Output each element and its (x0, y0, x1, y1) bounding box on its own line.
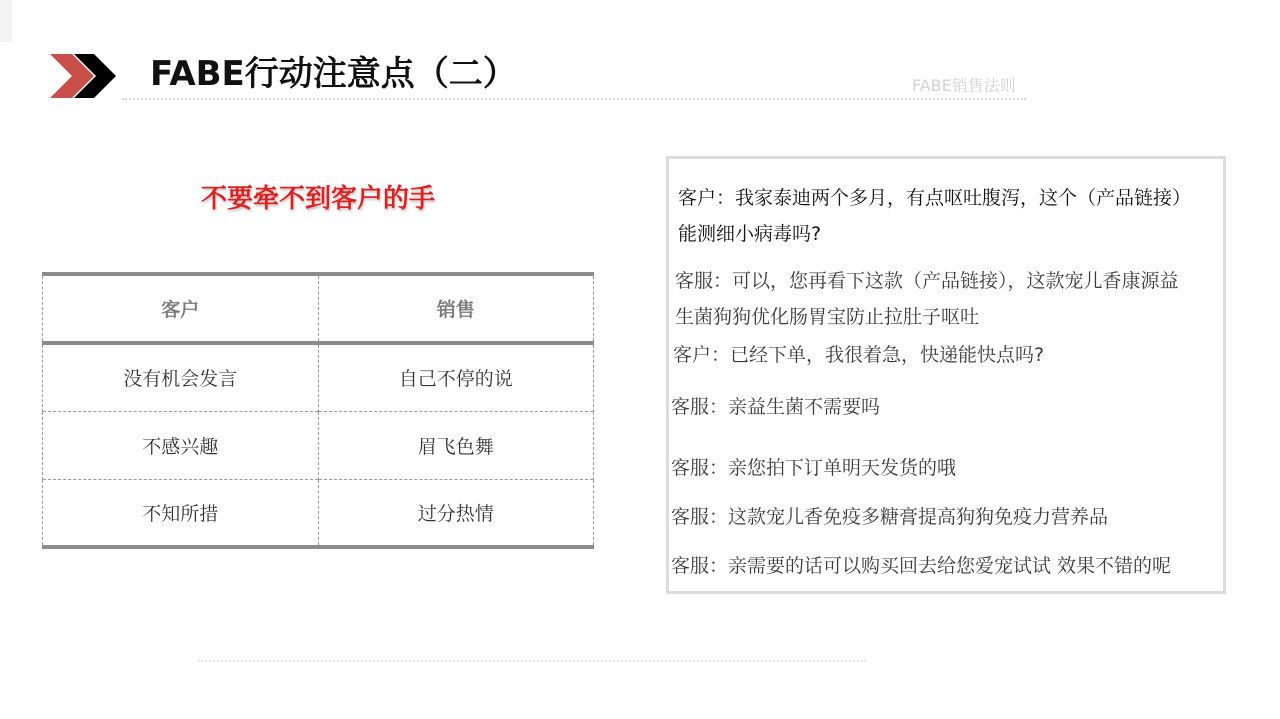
section-label: FABE销售法则 (912, 73, 1016, 96)
corner-decoration (0, 0, 12, 42)
table-header-row: 客户 销售 (43, 274, 594, 343)
page-title: FABE行动注意点（二） (150, 50, 517, 98)
chat-message-service-cont: 生菌狗狗优化肠胃宝防止拉肚子呕吐 (675, 299, 979, 335)
column-header-sales: 销售 (318, 274, 594, 343)
table-row: 没有机会发言 自己不停的说 (43, 343, 594, 411)
table-cell: 自己不停的说 (318, 343, 594, 411)
chat-message-service: 客服：亲益生菌不需要吗 (671, 389, 880, 425)
subtitle: 不要牵不到客户的手 (42, 178, 594, 215)
table-row: 不感兴趣 眉飞色舞 (43, 411, 594, 479)
table-cell: 不感兴趣 (43, 411, 319, 479)
table-cell: 眉飞色舞 (318, 411, 594, 479)
column-header-customer: 客户 (43, 274, 319, 343)
chat-message-service: 客服：亲需要的话可以购买回去给您爱宠试试 效果不错的呢 (671, 548, 1171, 584)
chat-message-customer: 客户：我家泰迪两个多月，有点呕吐腹泻，这个（产品链接）能测细小病毒吗? (678, 180, 1198, 252)
table-cell: 没有机会发言 (43, 343, 319, 411)
chat-transcript-box: 客户：我家泰迪两个多月，有点呕吐腹泻，这个（产品链接）能测细小病毒吗? 客服：可… (666, 156, 1226, 594)
chat-message-service: 客服：亲您拍下订单明天发货的哦 (671, 450, 956, 486)
comparison-table: 客户 销售 没有机会发言 自己不停的说 不感兴趣 眉飞色舞 不知所措 过分热情 (42, 272, 594, 549)
table-cell: 过分热情 (318, 479, 594, 547)
double-chevron-icon (50, 54, 120, 98)
title-divider (122, 98, 1026, 100)
chat-message-service: 客服：可以，您再看下这款（产品链接），这款宠儿香康源益 (675, 263, 1179, 299)
chat-message-service: 客服：这款宠儿香免疫多糖膏提高狗狗免疫力营养品 (671, 499, 1108, 535)
table-row: 不知所措 过分热情 (43, 479, 594, 547)
footer-divider (198, 660, 866, 662)
table-cell: 不知所措 (43, 479, 319, 547)
chat-message-customer: 客户：已经下单，我很着急，快递能快点吗? (673, 337, 1044, 373)
